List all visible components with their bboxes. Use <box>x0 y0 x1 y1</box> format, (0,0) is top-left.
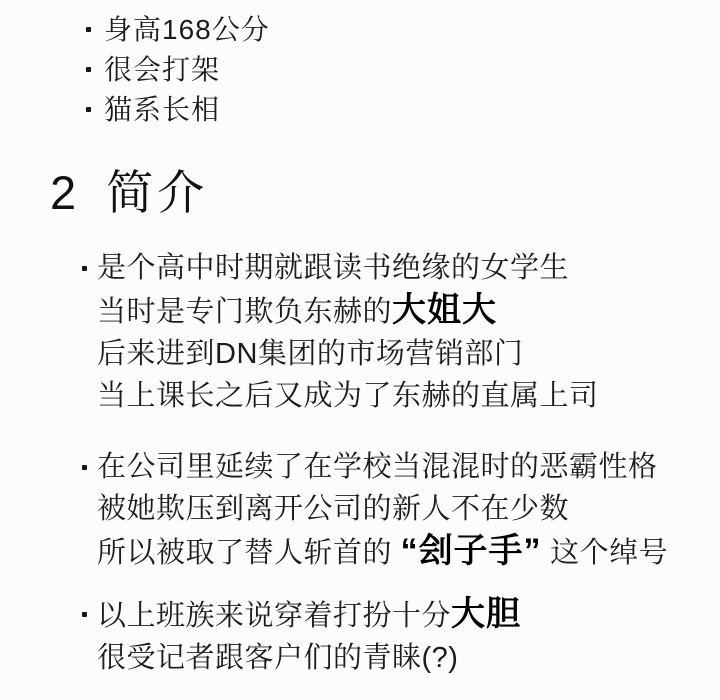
page: 身高168公分 很会打架 猫系长相 2 简介 是个高中时期就跟读书绝缘的女学生 … <box>0 0 720 700</box>
line-text: 在公司里延续了在学校当混混时的恶霸性格 <box>97 451 658 483</box>
text-line: 被她欺压到离开公司的新人不在少数 <box>97 488 720 530</box>
section-number: 2 <box>50 168 76 218</box>
line-text: 所以被取了替人斩首的 <box>97 537 401 569</box>
list-item: 猫系长相 <box>0 90 720 130</box>
paragraph: 在公司里延续了在学校当混混时的恶霸性格 被她欺压到离开公司的新人不在少数 所以被… <box>0 446 720 574</box>
emphasis-text: “刽子手” <box>401 532 542 570</box>
attribute-text: 身高168公分 <box>104 14 270 45</box>
list-item: 很会打架 <box>0 50 720 90</box>
list-item: 身高168公分 <box>0 10 720 50</box>
paragraph: 以上班族来说穿着打扮十分大胆 很受记者跟客户们的青睐(?) <box>0 593 720 679</box>
paragraph: 是个高中时期就跟读书绝缘的女学生 当时是专门欺负东赫的大姐大 后来进到DN集团的… <box>0 247 720 417</box>
text-line: 后来进到DN集团的市场营销部门 <box>97 333 720 375</box>
section-heading: 2 简介 <box>50 168 720 218</box>
line-text: 是个高中时期就跟读书绝缘的女学生 <box>97 252 569 284</box>
emphasis-text: 大姐大 <box>392 291 497 329</box>
text-line: 是个高中时期就跟读书绝缘的女学生 <box>97 247 720 289</box>
attribute-list: 身高168公分 很会打架 猫系长相 <box>0 0 720 130</box>
bullet-dot-icon <box>86 107 91 112</box>
line-text: 被她欺压到离开公司的新人不在少数 <box>97 493 569 525</box>
bullet-dot-icon <box>82 465 87 470</box>
bullet-dot-icon <box>86 27 91 32</box>
attribute-text: 很会打架 <box>104 54 220 85</box>
line-text: 以上班族来说穿着打扮十分 <box>97 600 451 632</box>
bullet-dot-icon <box>82 266 87 271</box>
bullet-dot-icon <box>86 67 91 72</box>
text-line: 当时是专门欺负东赫的大姐大 <box>97 289 720 333</box>
line-text: 这个绰号 <box>542 537 669 569</box>
section-title: 简介 <box>106 168 208 218</box>
text-line: 以上班族来说穿着打扮十分大胆 <box>97 593 720 637</box>
line-text: 当上课长之后又成为了东赫的直属上司 <box>97 380 599 412</box>
line-text: 当时是专门欺负东赫的 <box>97 296 392 328</box>
text-line: 在公司里延续了在学校当混混时的恶霸性格 <box>97 446 720 488</box>
text-line: 当上课长之后又成为了东赫的直属上司 <box>97 375 720 417</box>
line-text: 后来进到DN集团的市场营销部门 <box>97 338 523 370</box>
text-line: 很受记者跟客户们的青睐(?) <box>97 637 720 679</box>
bullet-dot-icon <box>82 612 87 617</box>
text-line: 所以被取了替人斩首的 “刽子手” 这个绰号 <box>97 530 720 574</box>
line-text: 很受记者跟客户们的青睐(?) <box>97 642 458 674</box>
attribute-text: 猫系长相 <box>104 94 220 125</box>
emphasis-text: 大胆 <box>451 595 521 633</box>
